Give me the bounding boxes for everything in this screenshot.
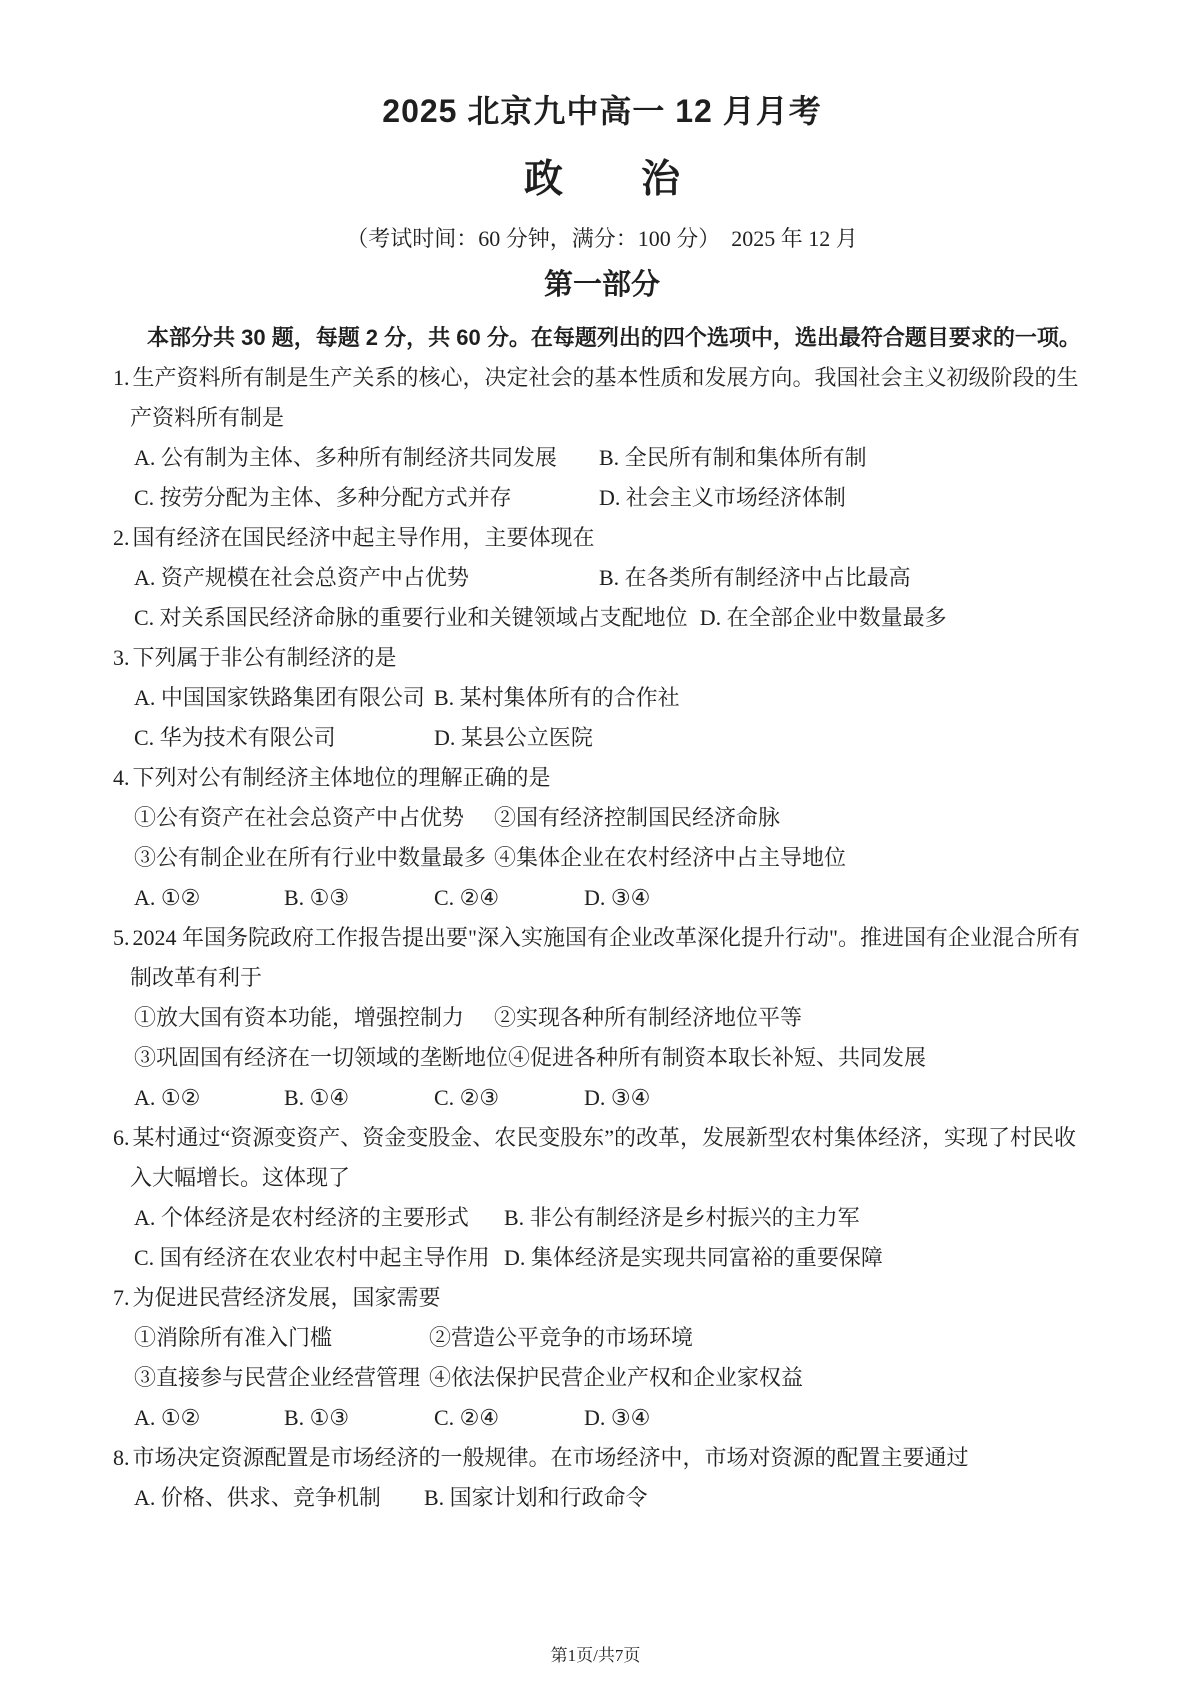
- choice-items-row: ①消除所有准入门槛②营造公平竞争的市场环境: [113, 1318, 1091, 1358]
- option-c: C. 国有经济在农业农村中起主导作用: [134, 1238, 504, 1278]
- answer-c: C. ②③: [434, 1078, 584, 1118]
- question-stem-text: 下列属于非公有制经济的是: [133, 645, 397, 670]
- exam-info: （考试时间：60 分钟，满分：100 分） 2025 年 12 月: [113, 224, 1091, 254]
- exam-page: 2025 北京九中高一 12 月月考 政 治 （考试时间：60 分钟，满分：10…: [113, 0, 1091, 1518]
- options-row: A. 公有制为主体、多种所有制经济共同发展B. 全民所有制和集体所有制: [113, 438, 1091, 478]
- question-stem: 7.为促进民营经济发展，国家需要: [113, 1278, 1091, 1318]
- page-title: 2025 北京九中高一 12 月月考: [113, 0, 1091, 132]
- option-a: A. 价格、供求、竞争机制: [134, 1478, 424, 1518]
- options-row: A. 个体经济是农村经济的主要形式B. 非公有制经济是乡村振兴的主力军: [113, 1198, 1091, 1238]
- answers-row: A. ①②B. ①③C. ②④D. ③④: [113, 878, 1091, 918]
- question-number: 8.: [113, 1445, 130, 1470]
- answer-d: D. ③④: [584, 1398, 650, 1438]
- choice-item-3: ③直接参与民营企业经营管理: [134, 1358, 429, 1398]
- answer-b: B. ①③: [284, 1398, 434, 1438]
- choice-item-4: ④促进各种所有制资本取长补短、共同发展: [508, 1038, 926, 1078]
- answer-b: B. ①③: [284, 878, 434, 918]
- choice-items-row: ③直接参与民营企业经营管理④依法保护民营企业产权和企业家权益: [113, 1358, 1091, 1398]
- choice-item-4: ④集体企业在农村经济中占主导地位: [494, 838, 846, 878]
- choice-item-3: ③巩固国有经济在一切领域的垄断地位: [134, 1038, 508, 1078]
- question-stem: 1.生产资料所有制是生产关系的核心，决定社会的基本性质和发展方向。我国社会主义初…: [113, 358, 1091, 438]
- question-number: 4.: [113, 765, 130, 790]
- option-d: D. 社会主义市场经济体制: [599, 478, 846, 518]
- question-7: 7.为促进民营经济发展，国家需要 ①消除所有准入门槛②营造公平竞争的市场环境 ③…: [113, 1278, 1091, 1438]
- option-b: B. 非公有制经济是乡村振兴的主力军: [504, 1198, 860, 1238]
- choice-item-1: ①消除所有准入门槛: [134, 1318, 429, 1358]
- option-d: D. 某县公立医院: [434, 718, 593, 758]
- choice-item-2: ②实现各种所有制经济地位平等: [494, 998, 802, 1038]
- answer-a: A. ①②: [134, 1398, 284, 1438]
- question-4: 4.下列对公有制经济主体地位的理解正确的是 ①公有资产在社会总资产中占优势②国有…: [113, 758, 1091, 918]
- option-a: A. 资产规模在社会总资产中占优势: [134, 558, 599, 598]
- choice-item-1: ①公有资产在社会总资产中占优势: [134, 798, 494, 838]
- question-number: 2.: [113, 525, 130, 550]
- question-number: 5.: [113, 925, 130, 950]
- option-b: B. 全民所有制和集体所有制: [599, 438, 867, 478]
- answer-a: A. ①②: [134, 1078, 284, 1118]
- subject-title: 政 治: [113, 156, 1091, 204]
- page-indicator: 第1页/共7页: [551, 1646, 641, 1665]
- choice-items-row: ③公有制企业在所有行业中数量最多④集体企业在农村经济中占主导地位: [113, 838, 1091, 878]
- question-number: 3.: [113, 645, 130, 670]
- choice-items-row: ③巩固国有经济在一切领域的垄断地位④促进各种所有制资本取长补短、共同发展: [113, 1038, 1091, 1078]
- question-stem-text: 下列对公有制经济主体地位的理解正确的是: [133, 765, 551, 790]
- question-1: 1.生产资料所有制是生产关系的核心，决定社会的基本性质和发展方向。我国社会主义初…: [113, 358, 1091, 518]
- options-row: A. 价格、供求、竞争机制B. 国家计划和行政命令: [113, 1478, 1091, 1518]
- options-row: C. 对关系国民经济命脉的重要行业和关键领域占支配地位D. 在全部企业中数量最多: [113, 598, 1091, 638]
- question-stem-text: 国有经济在国民经济中起主导作用，主要体现在: [133, 525, 595, 550]
- question-number: 1.: [113, 365, 130, 390]
- options-row: C. 华为技术有限公司D. 某县公立医院: [113, 718, 1091, 758]
- question-stem: 3.下列属于非公有制经济的是: [113, 638, 1091, 678]
- question-stem: 2.国有经济在国民经济中起主导作用，主要体现在: [113, 518, 1091, 558]
- instructions: 本部分共 30 题，每题 2 分，共 60 分。在每题列出的四个选项中，选出最符…: [113, 318, 1091, 358]
- question-stem: 8.市场决定资源配置是市场经济的一般规律。在市场经济中，市场对资源的配置主要通过: [113, 1438, 1091, 1478]
- question-2: 2.国有经济在国民经济中起主导作用，主要体现在 A. 资产规模在社会总资产中占优…: [113, 518, 1091, 638]
- option-d: D. 在全部企业中数量最多: [700, 598, 947, 638]
- answer-c: C. ②④: [434, 878, 584, 918]
- choice-item-2: ②国有经济控制国民经济命脉: [494, 798, 780, 838]
- answers-row: A. ①②B. ①③C. ②④D. ③④: [113, 1398, 1091, 1438]
- option-b: B. 某村集体所有的合作社: [434, 678, 680, 718]
- choice-item-3: ③公有制企业在所有行业中数量最多: [134, 838, 494, 878]
- option-d: D. 集体经济是实现共同富裕的重要保障: [504, 1238, 883, 1278]
- option-a: A. 个体经济是农村经济的主要形式: [134, 1198, 504, 1238]
- question-stem-text: 某村通过“资源变资产、资金变股金、农民变股东”的改革，发展新型农村集体经济，实现…: [130, 1125, 1076, 1190]
- choice-item-1: ①放大国有资本功能，增强控制力: [134, 998, 494, 1038]
- question-stem: 6.某村通过“资源变资产、资金变股金、农民变股东”的改革，发展新型农村集体经济，…: [113, 1118, 1091, 1198]
- question-stem-text: 生产资料所有制是生产关系的核心，决定社会的基本性质和发展方向。我国社会主义初级阶…: [130, 365, 1079, 430]
- option-a: A. 公有制为主体、多种所有制经济共同发展: [134, 438, 599, 478]
- question-number: 6.: [113, 1125, 130, 1150]
- answer-a: A. ①②: [134, 878, 284, 918]
- answers-row: A. ①②B. ①④C. ②③D. ③④: [113, 1078, 1091, 1118]
- page-footer: 第1页/共7页: [0, 1645, 1191, 1667]
- choice-item-2: ②营造公平竞争的市场环境: [429, 1318, 693, 1358]
- options-row: C. 按劳分配为主体、多种分配方式并存D. 社会主义市场经济体制: [113, 478, 1091, 518]
- choice-items-row: ①放大国有资本功能，增强控制力②实现各种所有制经济地位平等: [113, 998, 1091, 1038]
- section-heading: 第一部分: [113, 266, 1091, 304]
- question-stem: 5.2024 年国务院政府工作报告提出要"深入实施国有企业改革深化提升行动"。推…: [113, 918, 1091, 998]
- answer-d: D. ③④: [584, 878, 650, 918]
- question-8: 8.市场决定资源配置是市场经济的一般规律。在市场经济中，市场对资源的配置主要通过…: [113, 1438, 1091, 1518]
- question-stem: 4.下列对公有制经济主体地位的理解正确的是: [113, 758, 1091, 798]
- option-b: B. 在各类所有制经济中占比最高: [599, 558, 911, 598]
- question-stem-text: 市场决定资源配置是市场经济的一般规律。在市场经济中，市场对资源的配置主要通过: [133, 1445, 969, 1470]
- question-stem-text: 为促进民营经济发展，国家需要: [133, 1285, 441, 1310]
- options-row: A. 中国国家铁路集团有限公司B. 某村集体所有的合作社: [113, 678, 1091, 718]
- option-b: B. 国家计划和行政命令: [424, 1478, 648, 1518]
- option-a: A. 中国国家铁路集团有限公司: [134, 678, 434, 718]
- question-stem-text: 2024 年国务院政府工作报告提出要"深入实施国有企业改革深化提升行动"。推进国…: [130, 925, 1080, 990]
- option-c: C. 对关系国民经济命脉的重要行业和关键领域占支配地位: [134, 598, 688, 638]
- question-number: 7.: [113, 1285, 130, 1310]
- answer-c: C. ②④: [434, 1398, 584, 1438]
- question-3: 3.下列属于非公有制经济的是 A. 中国国家铁路集团有限公司B. 某村集体所有的…: [113, 638, 1091, 758]
- option-c: C. 华为技术有限公司: [134, 718, 434, 758]
- options-row: C. 国有经济在农业农村中起主导作用D. 集体经济是实现共同富裕的重要保障: [113, 1238, 1091, 1278]
- answer-d: D. ③④: [584, 1078, 650, 1118]
- question-6: 6.某村通过“资源变资产、资金变股金、农民变股东”的改革，发展新型农村集体经济，…: [113, 1118, 1091, 1278]
- answer-b: B. ①④: [284, 1078, 434, 1118]
- question-5: 5.2024 年国务院政府工作报告提出要"深入实施国有企业改革深化提升行动"。推…: [113, 918, 1091, 1118]
- options-row: A. 资产规模在社会总资产中占优势B. 在各类所有制经济中占比最高: [113, 558, 1091, 598]
- choice-item-4: ④依法保护民营企业产权和企业家权益: [429, 1358, 803, 1398]
- option-c: C. 按劳分配为主体、多种分配方式并存: [134, 478, 599, 518]
- choice-items-row: ①公有资产在社会总资产中占优势②国有经济控制国民经济命脉: [113, 798, 1091, 838]
